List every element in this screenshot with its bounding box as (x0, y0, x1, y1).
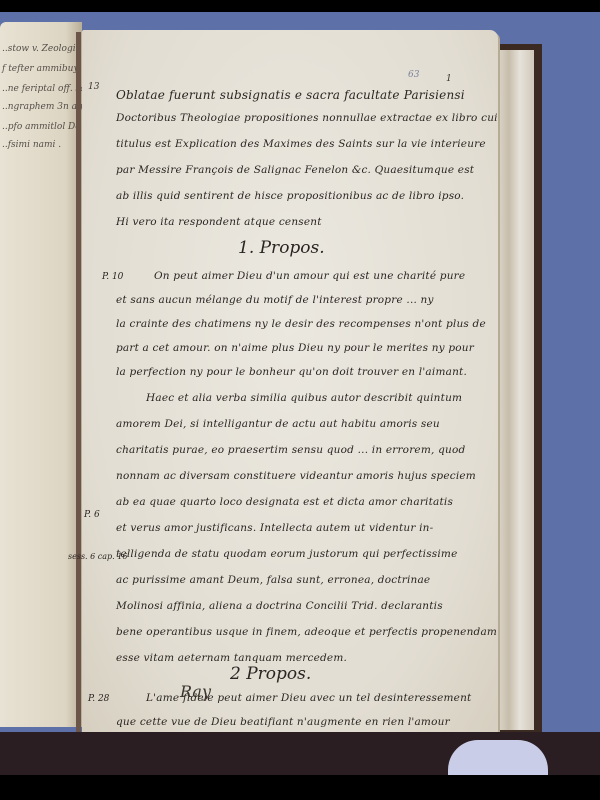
table-edge (0, 732, 600, 775)
left-page-fragment: ..pfo ammitlol Do (2, 122, 81, 132)
text-line: Hi vero ita respondent atque censent (116, 216, 322, 228)
catchword-flourish: Ray (180, 682, 211, 701)
text-line: et sans aucun mélange du motif de l'inte… (116, 294, 434, 306)
text-line: Oblatae fuerunt subsignatis e sacra facu… (116, 88, 465, 102)
manuscript-page: 13 63 1 Oblatae fuerunt subsignatis e sa… (82, 30, 498, 736)
text-line: bene operantibus usque in finem, adeoque… (116, 626, 497, 638)
margin-note: P. 10 (102, 272, 123, 282)
text-line: telligenda de statu quodam eorum justoru… (116, 548, 458, 560)
text-line: ab ea quae quarto loco designata est et … (116, 496, 453, 508)
text-line: et verus amor justificans. Intellecta au… (116, 522, 433, 534)
text-line: titulus est Explication des Maximes des … (116, 138, 486, 150)
left-page-fragment: f tefter ammibuy (2, 64, 79, 74)
folio-number-left: 13 (88, 82, 99, 92)
text-line: amorem Dei, si intelligantur de actu aut… (116, 418, 440, 430)
text-line: Molinosi affinia, aliena a doctrina Conc… (116, 600, 443, 612)
left-page-fragment: ..fsimi nami . (2, 140, 61, 150)
white-cloth (448, 740, 548, 775)
text-line: la perfection ny pour le bonheur qu'on d… (116, 366, 467, 378)
left-page-fragment: ..ne feriptal off. sa (2, 84, 86, 94)
text-line: charitatis purae, eo praesertim sensu qu… (116, 444, 465, 456)
margin-note: P. 28 (88, 694, 109, 704)
text-line: que cette vue de Dieu beatifiant n'augme… (116, 716, 450, 728)
photo-scene: ..stow v. Zeologig f tefter ammibuy ..ne… (0, 12, 600, 775)
folio-number-right: 63 (408, 70, 419, 80)
left-page-fragment: ..stow v. Zeologig (2, 44, 81, 54)
text-line: Haec et alia verba similia quibus autor … (146, 392, 462, 404)
margin-note: P. 6 (84, 510, 100, 520)
text-line: part a cet amour. on n'aime plus Dieu ny… (116, 342, 474, 354)
folio-mark: 1 (446, 74, 452, 84)
text-line: nonnam ac diversam constituere videantur… (116, 470, 476, 482)
left-page: ..stow v. Zeologig f tefter ammibuy ..ne… (0, 22, 82, 727)
text-line: la crainte des chatimens ny le desir des… (116, 318, 486, 330)
text-line: ab illis quid sentirent de hisce proposi… (116, 190, 464, 202)
margin-note: sess. 6 cap. 16 (68, 552, 127, 561)
text-line: On peut aimer Dieu d'un amour qui est un… (154, 270, 465, 282)
heading-proposition-1: 1. Propos. (238, 238, 325, 258)
book-gutter (76, 32, 81, 732)
text-line: esse vitam aeternam tanquam mercedem. (116, 652, 347, 664)
text-line: Doctoribus Theologiae propositiones nonn… (116, 112, 498, 124)
text-line: ac purissime amant Deum, falsa sunt, err… (116, 574, 430, 586)
text-line: par Messire François de Salignac Fenelon… (116, 164, 474, 176)
heading-proposition-2: 2 Propos. (230, 664, 311, 684)
